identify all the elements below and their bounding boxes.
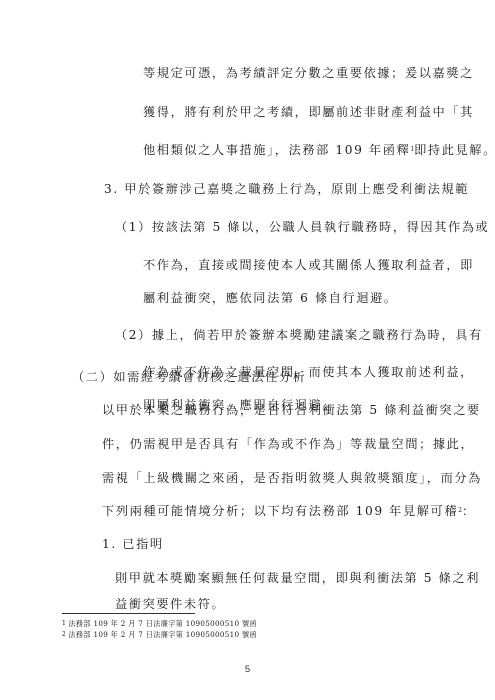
footnote-separator (62, 613, 195, 614)
body-line: 以甲於本案之職務行為，是否符合利衝法第 5 條利益衝突之要 (102, 402, 481, 418)
body-line: 不作為，直接或間接使本人或其關係人獲取利益者，即 (143, 257, 474, 273)
body-line: 則甲就本獎勵案顯無任何裁量空間，即與利衝法第 5 條之利 (115, 570, 480, 586)
footnote: 2 法務部 109 年 2 月 7 日法廉字第 10905000510 號函 (62, 630, 257, 639)
body-line: 件，仍需視甲是否具有「作為或不作為」等裁量空間；據此， (102, 436, 474, 452)
page-number: 5 (0, 664, 495, 675)
subheading: 1. 已指明 (102, 536, 164, 552)
footnote: 1 法務部 109 年 2 月 7 日法廉字第 10905000510 號函 (62, 619, 257, 628)
body-line: 等規定可憑，為考績評定分數之重要依據；爰以嘉獎之 (143, 65, 474, 81)
body-text: 下列兩種可能情境分析；以下均有法務部 109 年見解可稽 (102, 504, 458, 518)
list-item: （2）據上，倘若甲於簽辦本獎勵建議案之職務行為時，具有 (115, 327, 483, 343)
body-line: 益衝突要件未符。 (115, 596, 225, 612)
body-text: ： (462, 504, 476, 518)
footnote-mark: 1 (62, 620, 66, 627)
body-text: 即持此見解。 (414, 143, 495, 157)
footnote-mark: 2 (62, 631, 66, 638)
footnote-text: 法務部 109 年 2 月 7 日法廉字第 10905000510 號函 (68, 630, 257, 639)
section-heading: 3. 甲於簽辦涉己嘉獎之職務上行為，原則上應受利衝法規範 (104, 181, 469, 197)
body-line: 屬利益衝突，應依同法第 6 條自行迴避。 (143, 290, 398, 306)
body-line: 他相類似之人事措施」，法務部 109 年函釋1即持此見解。 (143, 142, 495, 158)
body-line: 下列兩種可能情境分析；以下均有法務部 109 年見解可稽2： (102, 503, 476, 519)
footnote-text: 法務部 109 年 2 月 7 日法廉字第 10905000510 號函 (68, 619, 257, 628)
body-line: 需視「上級機關之來函，是否指明敘獎人與敘獎額度」，而分為 (102, 470, 482, 486)
section-heading: （二）如需經考績會初核之適法性分析 (72, 369, 306, 385)
body-line: 獲得，將有利於甲之考績，即屬前述非財產利益中「其 (143, 104, 474, 120)
list-item: （1）按該法第 5 條以，公職人員執行職務時，得因其作為或 (115, 219, 489, 235)
body-text: 他相類似之人事措施」，法務部 109 年函釋 (143, 143, 410, 157)
